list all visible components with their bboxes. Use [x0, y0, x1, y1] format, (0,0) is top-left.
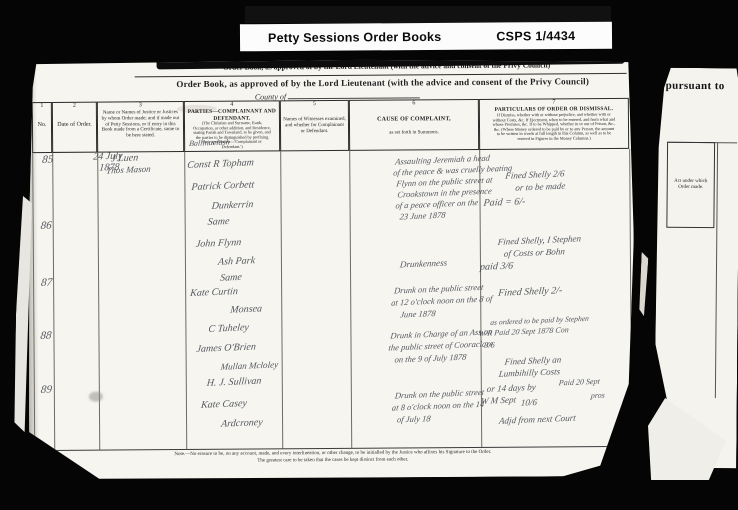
col-header-justice: 3 Name or Names of Justice or Justices b… — [97, 101, 184, 153]
hw-entry-86-order: Fined Shelly, I Stephen — [497, 233, 581, 246]
hw-entry-85-order: Fined Shelly 2/6 — [505, 168, 565, 180]
hw-entry-85-party1: Const R Topham — [187, 157, 255, 171]
col-number: 1 — [33, 103, 51, 110]
hw-entry-85-party2: Patrick Corbett — [191, 179, 255, 193]
adjacent-table-rule — [715, 142, 718, 398]
hw-entry-85-justice: J Luen — [111, 152, 139, 164]
col-number: 2 — [53, 103, 96, 110]
hw-entry-85-cause: of a peace officer on the — [395, 197, 479, 210]
hw-entry-87-party3: Monsea — [230, 303, 263, 315]
hw-entry-85-no: 85 — [42, 154, 54, 166]
col-title: Names of Witnesses examined, and whether… — [281, 116, 348, 136]
hw-entry-88-order: Lumbihilly Costs — [498, 366, 560, 379]
table-rule — [184, 152, 187, 449]
hw-entry-86-order: of Costs or Bohn — [503, 246, 565, 259]
banner-title: Petty Sessions Order Books — [268, 29, 441, 44]
hw-entry-87-order: as ordered to be paid by Stephen — [490, 314, 589, 327]
hw-entry-87-cause: at 12 o'clock noon on the 8 of — [391, 293, 493, 307]
hw-entry-88-cause: on the 9 of July 1878 — [394, 352, 467, 365]
hw-entry-89-party1: H. J. Sullivan — [206, 376, 262, 389]
hw-entry-88-no: 88 — [40, 330, 52, 342]
ink-smudge — [89, 392, 103, 402]
hw-place-note: Ballinaclash — [189, 137, 231, 148]
col-number: 6 — [350, 100, 478, 108]
col-subtitle: as set forth in Summons. — [350, 129, 478, 138]
banner-reference: CSPS 1/4434 — [496, 28, 575, 43]
hw-entry-88-party2: James O'Brien — [196, 341, 256, 354]
order-book-page: Order Book, as approved of by the Lord L… — [27, 58, 636, 480]
col-header-particulars: 7 PARTICULARS OF ORDER OR DISMISSAL. If … — [479, 98, 629, 150]
col-header-no: 1 No. — [32, 102, 52, 153]
hw-entry-89-cause: of July 18 — [397, 413, 432, 424]
col-header-date: 2 Date of Order. — [52, 102, 97, 153]
table-rule — [349, 151, 352, 448]
col-subtitle: If Dismiss, whether with or without prej… — [491, 113, 617, 142]
table-rule — [280, 151, 283, 448]
hw-entry-86-party1: Same — [207, 216, 230, 228]
hw-entry-85-order: Paid = 6/- — [483, 196, 526, 209]
county-blank-line — [288, 90, 420, 99]
hw-entry-86-party3: Ash Park — [217, 255, 255, 268]
page-title: Order Book, as approved of by the Lord L… — [137, 76, 629, 89]
scanned-record-viewport: { "banner": { "title": "Petty Sessions O… — [0, 0, 738, 510]
hw-entry-86-no: 86 — [40, 220, 52, 232]
act-column-title: Act under which Order made. — [668, 178, 714, 191]
torn-gutter-sliver — [638, 252, 648, 316]
archive-reference-banner: Petty Sessions Order Books CSPS 1/4434 — [240, 22, 612, 52]
hw-entry-87-party1: Same — [220, 272, 243, 284]
hw-entry-88-cause: the public street of Cooraclare — [388, 338, 494, 352]
adjacent-act-column-header: Act under which Order made. — [666, 142, 715, 228]
col-title: CAUSE OF COMPLAINT, — [350, 116, 478, 124]
table-footnote: Note.—No erasure to be, on any account, … — [34, 449, 631, 466]
hw-entry-89-order: Adjd from next Court — [499, 413, 577, 426]
book-edge-shadow — [245, 6, 611, 23]
col-header-cause: 6 CAUSE OF COMPLAINT, as set forth in Su… — [349, 99, 479, 151]
hw-entry-89-cause: at 8 o'clock noon on the 14 — [391, 399, 484, 413]
hw-entry-87-cause: June 1878 — [400, 308, 436, 319]
table-rule — [97, 153, 100, 450]
col-title: PARTIES—COMPLAINANT AND DEFENDANT. — [185, 108, 279, 122]
hw-entry-88-order: or 14 days by — [486, 382, 536, 394]
adjacent-page-text: pursuant to — [666, 80, 725, 93]
hw-entry-85-cause: 23 June 1878 — [399, 210, 446, 222]
hw-entry-85-order: or to be made — [515, 181, 566, 193]
hw-entry-89-party2: Kate Casey — [200, 398, 247, 411]
hw-entry-85-party3: Dunkerrin — [211, 199, 254, 212]
hw-entry-87-no: 87 — [40, 277, 52, 289]
hw-entry-88-party1: C Tuheley — [208, 322, 250, 335]
hw-entry-85-justice2: Thos Mason — [106, 164, 151, 176]
hw-entry-87-order: Fined Shelly 2/- — [498, 285, 563, 299]
table-rule — [52, 153, 55, 450]
hw-entry-88-order: Fined Shelly an — [504, 354, 562, 366]
col-title: Name or Names of Justice or Justices by … — [98, 109, 183, 140]
hw-entry-86-party2: John Flynn — [195, 237, 242, 250]
col-title: No. — [33, 122, 51, 129]
hw-entry-86-order: paid 3/6 — [479, 261, 513, 273]
hw-entry-88-order: W M Sept — [480, 394, 516, 405]
table-rule — [629, 149, 632, 446]
hw-entry-86-cause: Drunkenness — [399, 258, 447, 270]
col-header-witnesses: 5 Names of Witnesses examined, and wheth… — [280, 100, 349, 151]
hw-entry-88-order: 10/6 — [520, 397, 537, 408]
col-title: Date of Order. — [53, 122, 96, 129]
hw-entry-89-party3: Ardcroney — [221, 417, 264, 430]
hw-entry-87-party2: Kate Curtin — [190, 286, 239, 299]
hw-entry-88-party3: Mullan Mcloley — [220, 359, 278, 371]
hw-entry-88-order: pros — [590, 391, 605, 401]
hw-entry-88-order: Paid 20 Sept — [558, 377, 600, 388]
col-number: 5 — [281, 101, 348, 108]
hw-entry-89-no: 89 — [40, 384, 52, 396]
